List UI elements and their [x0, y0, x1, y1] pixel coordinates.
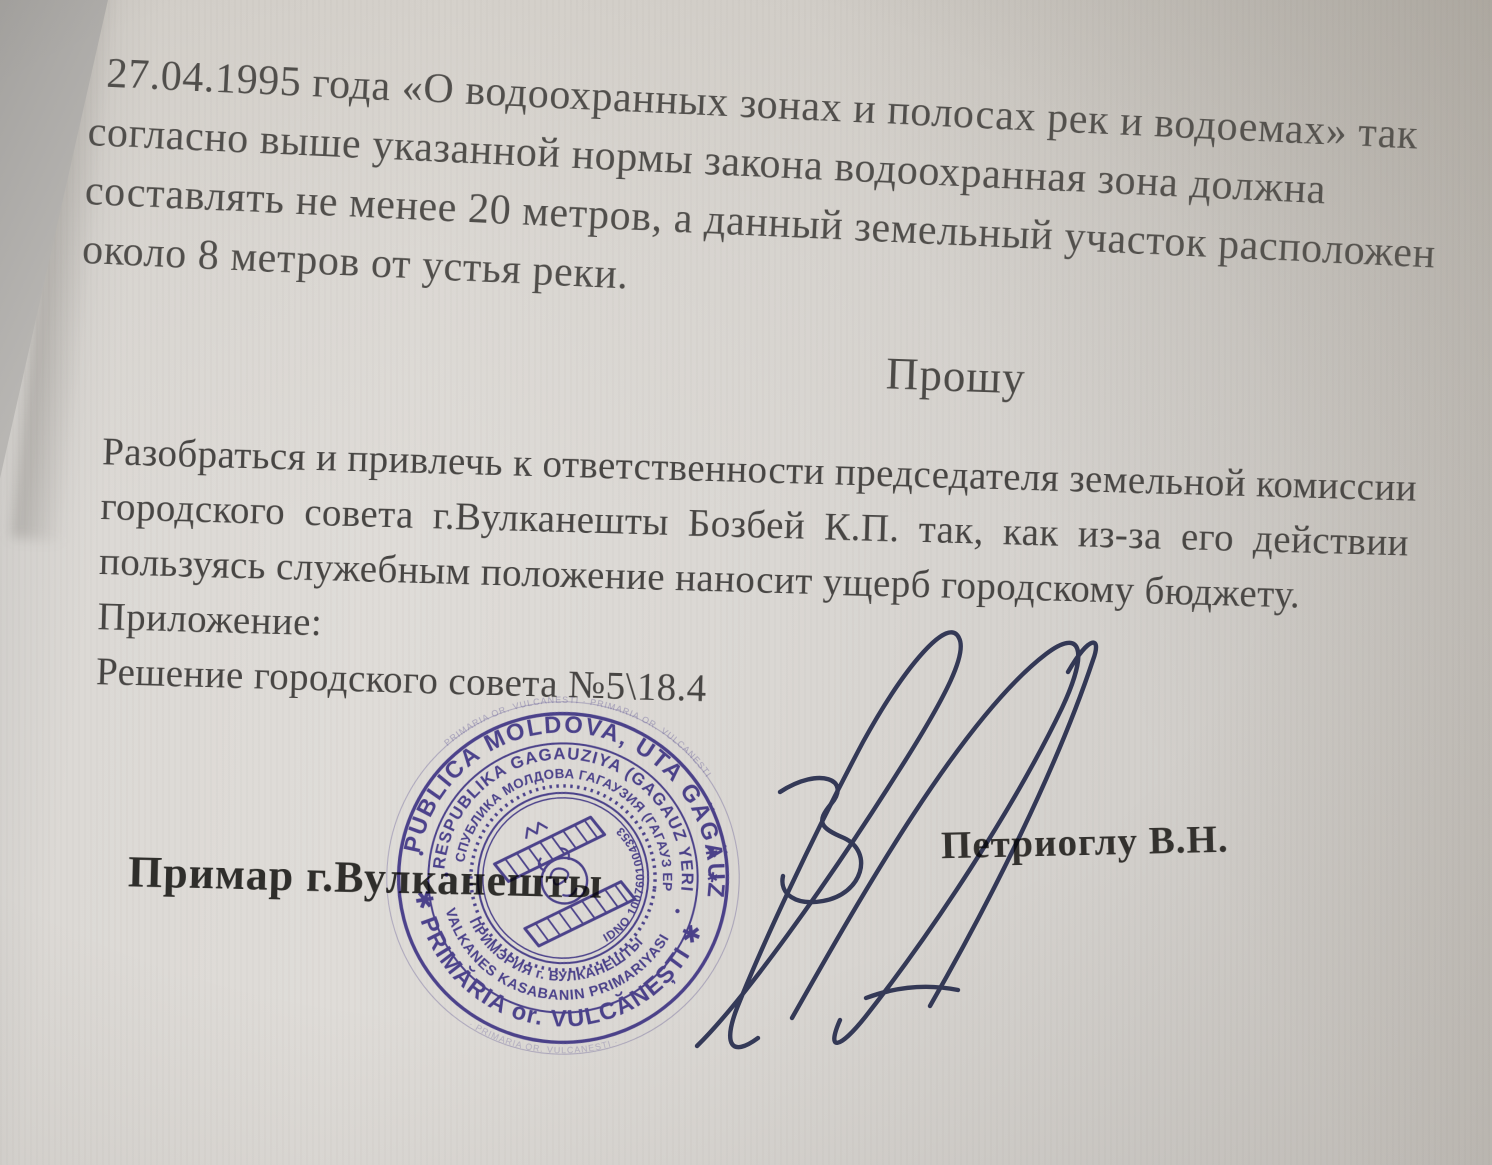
request-heading: Прошу: [885, 348, 1026, 405]
stamp-outer-ring-text-bottom: ✱ PRIMĂRIA or. VULCĂNEȘTI ✱: [394, 885, 710, 1050]
stamp-dot-separator-3: •: [674, 903, 682, 921]
official-round-stamp: PRIMARIA OR. VULCANESTI · PRIMARIA OR. V…: [342, 657, 783, 1098]
signer-name: Петриоглу В.Н.: [941, 817, 1230, 869]
stamp-dot-separator-1: •: [417, 845, 425, 863]
stamp-dot-separator-2: •: [443, 866, 451, 884]
stamp-star-separator-2: ✱: [706, 869, 719, 886]
paragraph-request-details: Разобраться и привлечь к ответственности…: [95, 424, 1417, 736]
document-photo: 27.04.1995 года «О водоохранных зонах и …: [0, 0, 1492, 1165]
stamp-inner-circle-2: [474, 789, 653, 968]
